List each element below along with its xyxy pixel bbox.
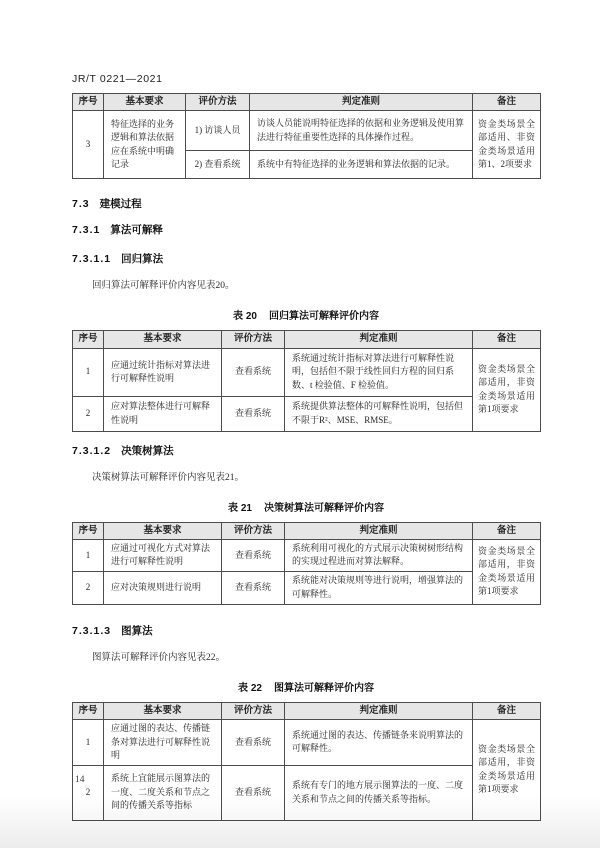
cell-requirement: 应对算法整体进行可解释性说明 <box>104 396 222 431</box>
table21-caption-title: 决策树算法可解释评价内容 <box>264 503 384 514</box>
cell-method: 查看系统 <box>222 539 285 571</box>
section-title: 建模过程 <box>100 198 142 210</box>
table-20: 序号 基本要求 评价方法 判定准则 备注 1 应通过统计指标对算法进行可解释性说… <box>72 330 541 431</box>
paragraph-decision-tree: 决策树算法可解释评价内容见表21。 <box>72 469 540 483</box>
document-page: JR/T 0221—2021 序号 基本要求 评价方法 判定准则 备注 3 特征… <box>0 0 600 848</box>
doc-number: JR/T 0221—2021 <box>72 73 540 85</box>
section-number: 7.3.1.1 <box>72 253 111 265</box>
column-header-requirement: 基本要求 <box>104 522 222 539</box>
section-heading-7-3-1-1: 7.3.1.1回归算法 <box>72 251 540 266</box>
cell-requirement: 应通过可视化方式对算法进行可解释性说明 <box>104 539 222 571</box>
cell-remark: 资金类场景全部适用，非资金类场景适用第1项要求 <box>473 720 541 821</box>
section-number: 7.3.1 <box>72 224 100 236</box>
cell-index: 3 <box>73 111 104 179</box>
table-header-row: 序号 基本要求 评价方法 判定准则 备注 <box>73 702 541 719</box>
cell-index: 2 <box>73 396 104 431</box>
table-row: 1 应通过图的表达、传播链条对算法进行可解释性说明 查看系统 系统通过图的表达、… <box>73 720 541 766</box>
column-header-remark: 备注 <box>473 94 541 111</box>
cell-criteria: 系统通过图的表达、传播链条来说明算法的可解释性。 <box>285 720 473 766</box>
cell-requirement: 应通过统计指标对算法进行可解释性说明 <box>104 348 222 396</box>
cell-index: 1 <box>73 720 104 766</box>
cell-requirement: 应对决策规则进行说明 <box>104 571 222 604</box>
table-21: 序号 基本要求 评价方法 判定准则 备注 1 应通过可视化方式对算法进行可解释性… <box>72 522 541 605</box>
cell-criteria: 系统通过统计指标对算法进行可解释性说明，包括但不限于线性回归方程的回归系数、t … <box>285 348 473 396</box>
section-heading-7-3-1-2: 7.3.1.2决策树算法 <box>72 443 540 458</box>
column-header-method: 评价方法 <box>222 331 285 348</box>
cell-remark: 资金类场景全部适用，非资金类场景适用第1项要求 <box>473 348 541 431</box>
column-header-index: 序号 <box>73 522 104 539</box>
column-header-remark: 备注 <box>473 702 541 719</box>
table-row: 2 系统上宜能展示图算法的一度、二度关系和节点之间的传播关系等指标 查看系统 系… <box>73 765 541 820</box>
cell-remark: 资金类场景全部适用、非资金类场景适用第1、2项要求 <box>473 111 541 179</box>
table-row: 1 应通过统计指标对算法进行可解释性说明 查看系统 系统通过统计指标对算法进行可… <box>73 348 541 396</box>
section-number: 7.3 <box>72 198 90 210</box>
cell-method: 查看系统 <box>222 396 285 431</box>
cell-requirement: 特征选择的业务逻辑和算法依据应在系统中明确记录 <box>104 111 186 179</box>
column-header-criteria: 判定准则 <box>285 331 473 348</box>
section-heading-7-3-1: 7.3.1算法可解释 <box>72 222 540 237</box>
column-header-criteria: 判定准则 <box>285 702 473 719</box>
section-number: 7.3.1.2 <box>72 445 111 457</box>
cell-criteria: 系统中有特征选择的业务逻辑和算法依据的记录。 <box>250 151 473 179</box>
table22-caption: 表 22图算法可解释评价内容 <box>72 679 540 694</box>
column-header-index: 序号 <box>73 94 104 111</box>
feature-selection-table: 序号 基本要求 评价方法 判定准则 备注 3 特征选择的业务逻辑和算法依据应在系… <box>72 93 541 179</box>
column-header-requirement: 基本要求 <box>104 94 186 111</box>
cell-method: 查看系统 <box>222 720 285 766</box>
cell-index: 2 <box>73 571 104 604</box>
section-title: 算法可解释 <box>110 224 163 236</box>
column-header-method: 评价方法 <box>222 522 285 539</box>
section-title: 回归算法 <box>121 253 163 265</box>
column-header-requirement: 基本要求 <box>104 702 222 719</box>
table-header-row: 序号 基本要求 评价方法 判定准则 备注 <box>73 522 541 539</box>
cell-method: 查看系统 <box>222 571 285 604</box>
table-row: 2 应对算法整体进行可解释性说明 查看系统 系统提供算法整体的可解释性说明，包括… <box>73 396 541 431</box>
section-heading-7-3-1-3: 7.3.1.3图算法 <box>72 623 540 638</box>
table-header-row: 序号 基本要求 评价方法 判定准则 备注 <box>73 331 541 348</box>
table20-caption: 表 20回归算法可解释评价内容 <box>72 307 540 322</box>
cell-criteria: 访谈人员能说明特征选择的依据和业务逻辑及使用算法进行特征重要性选择的具体操作过程… <box>250 111 473 151</box>
cell-index: 2 <box>73 765 104 820</box>
cell-method: 查看系统 <box>222 348 285 396</box>
table21-caption-label: 表 21 <box>228 503 252 514</box>
section-heading-7-3: 7.3建模过程 <box>72 196 540 211</box>
column-header-requirement: 基本要求 <box>104 331 222 348</box>
table-22: 序号 基本要求 评价方法 判定准则 备注 1 应通过图的表达、传播链条对算法进行… <box>72 702 541 821</box>
column-header-index: 序号 <box>73 331 104 348</box>
cell-criteria: 系统利用可视化的方式展示决策树树形结构的实现过程进而对算法解释。 <box>285 539 473 571</box>
paragraph-regression: 回归算法可解释评价内容见表20。 <box>72 277 540 291</box>
cell-method: 1) 访谈人员 <box>186 111 250 151</box>
table-row: 3 特征选择的业务逻辑和算法依据应在系统中明确记录 1) 访谈人员 访谈人员能说… <box>73 111 541 151</box>
cell-index: 1 <box>73 348 104 396</box>
section-number: 7.3.1.3 <box>72 625 111 637</box>
table22-caption-label: 表 22 <box>238 683 262 694</box>
table-header-row: 序号 基本要求 评价方法 判定准则 备注 <box>73 94 541 111</box>
cell-criteria: 系统能对决策规则等进行说明，增强算法的可解释性。 <box>285 571 473 604</box>
cell-method: 查看系统 <box>222 765 285 820</box>
table-row: 1 应通过可视化方式对算法进行可解释性说明 查看系统 系统利用可视化的方式展示决… <box>73 539 541 571</box>
table22-caption-title: 图算法可解释评价内容 <box>274 683 374 694</box>
table21-caption: 表 21决策树算法可解释评价内容 <box>72 499 540 514</box>
cell-method: 2) 查看系统 <box>186 151 250 179</box>
cell-remark: 资金类场景全部适用，非资金类场景适用第1项要求 <box>473 539 541 604</box>
section-title: 决策树算法 <box>121 445 174 457</box>
column-header-method: 评价方法 <box>222 702 285 719</box>
table20-caption-label: 表 20 <box>233 311 257 322</box>
column-header-index: 序号 <box>73 702 104 719</box>
column-header-remark: 备注 <box>473 522 541 539</box>
cell-criteria: 系统提供算法整体的可解释性说明，包括但不限于R²、MSE、RMSE。 <box>285 396 473 431</box>
column-header-criteria: 判定准则 <box>250 94 473 111</box>
paragraph-graph: 图算法可解释评价内容见表22。 <box>72 649 540 663</box>
table-row: 2 应对决策规则进行说明 查看系统 系统能对决策规则等进行说明，增强算法的可解释… <box>73 571 541 604</box>
column-header-remark: 备注 <box>473 331 541 348</box>
column-header-method: 评价方法 <box>186 94 250 111</box>
section-title: 图算法 <box>121 625 153 637</box>
cell-criteria: 系统有专门的地方展示图算法的一度、二度关系和节点之间的传播关系等指标。 <box>285 765 473 820</box>
column-header-criteria: 判定准则 <box>285 522 473 539</box>
page-content: JR/T 0221—2021 序号 基本要求 评价方法 判定准则 备注 3 特征… <box>72 0 540 821</box>
cell-requirement: 应通过图的表达、传播链条对算法进行可解释性说明 <box>104 720 222 766</box>
table20-caption-title: 回归算法可解释评价内容 <box>269 311 379 322</box>
page-number: 14 <box>75 775 85 785</box>
cell-index: 1 <box>73 539 104 571</box>
cell-requirement: 系统上宜能展示图算法的一度、二度关系和节点之间的传播关系等指标 <box>104 765 222 820</box>
